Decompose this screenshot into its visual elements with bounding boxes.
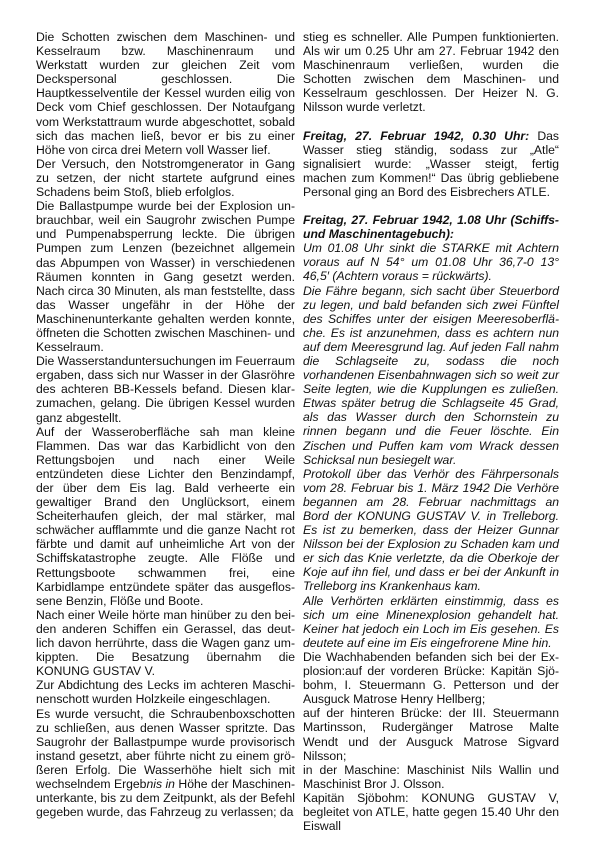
watch-aft-bridge: auf der hinteren Brücke: der III. Steuer… [303,706,559,762]
italic-run: nis in [146,777,175,791]
spacer [303,115,559,129]
paragraph-rattle: Nach einer Weile hörte man hinüber zu de… [36,608,295,678]
mine-explanation: Alle Verhörten erklärten einstimmig, das… [303,594,559,650]
paragraph-bulkheads: Die Schotten zwischen dem Maschinen- und… [36,30,295,157]
entry-heading-0108: Freitag, 27. Februar 1942, 1.08 Uhr (Sch… [303,213,559,241]
captain-statement: Kapitän Sjöbohm: KONUNG GUSTAV V, beglei… [303,791,559,833]
paragraph-flames: Auf der Wasseroberfläche sah man kleine … [36,425,295,608]
paragraph-ballast-pump: Die Ballastpumpe wurde bei der Explosion… [36,199,295,354]
paragraph-emergency-generator: Der Versuch, den Notstromgenerator in Ga… [36,157,295,199]
logbook-ferry-list: Die Fähre begann, sich sacht über Steuer… [303,284,559,467]
paragraph-water-level: Die Wasserstanduntersuchungen im Feuerra… [36,354,295,424]
logbook-sinking: Um 01.08 Uhr sinkt die STARKE mit Achter… [303,241,559,283]
entry-heading: Freitag, 27. Februar 1942, 0.30 Uhr: [303,129,529,143]
watch-engine: in der Maschine: Maschinist Nils Wallin … [303,763,559,791]
paragraph-intro: stieg es schneller. Alle Pumpen funktion… [303,30,559,115]
log-entry-0030: Freitag, 27. Februar 1942, 0.30 Uhr: Das… [303,129,559,199]
spacer [303,199,559,213]
right-column: stieg es schneller. Alle Pumpen funktion… [303,30,559,833]
watch-forward-bridge: Die Wachhabenden befanden sich bei der E… [303,650,559,706]
left-column: Die Schotten zwischen dem Maschinen- und… [36,30,295,819]
paragraph-leak-sealing: Zur Abdichtung des Lecks im achteren Mas… [36,678,295,706]
interrogation-protocol: Protokoll über das Verhör des Fährperson… [303,467,559,594]
paragraph-screw-bulkheads: Es wurde versucht, die Schraubenboxschot… [36,707,295,820]
